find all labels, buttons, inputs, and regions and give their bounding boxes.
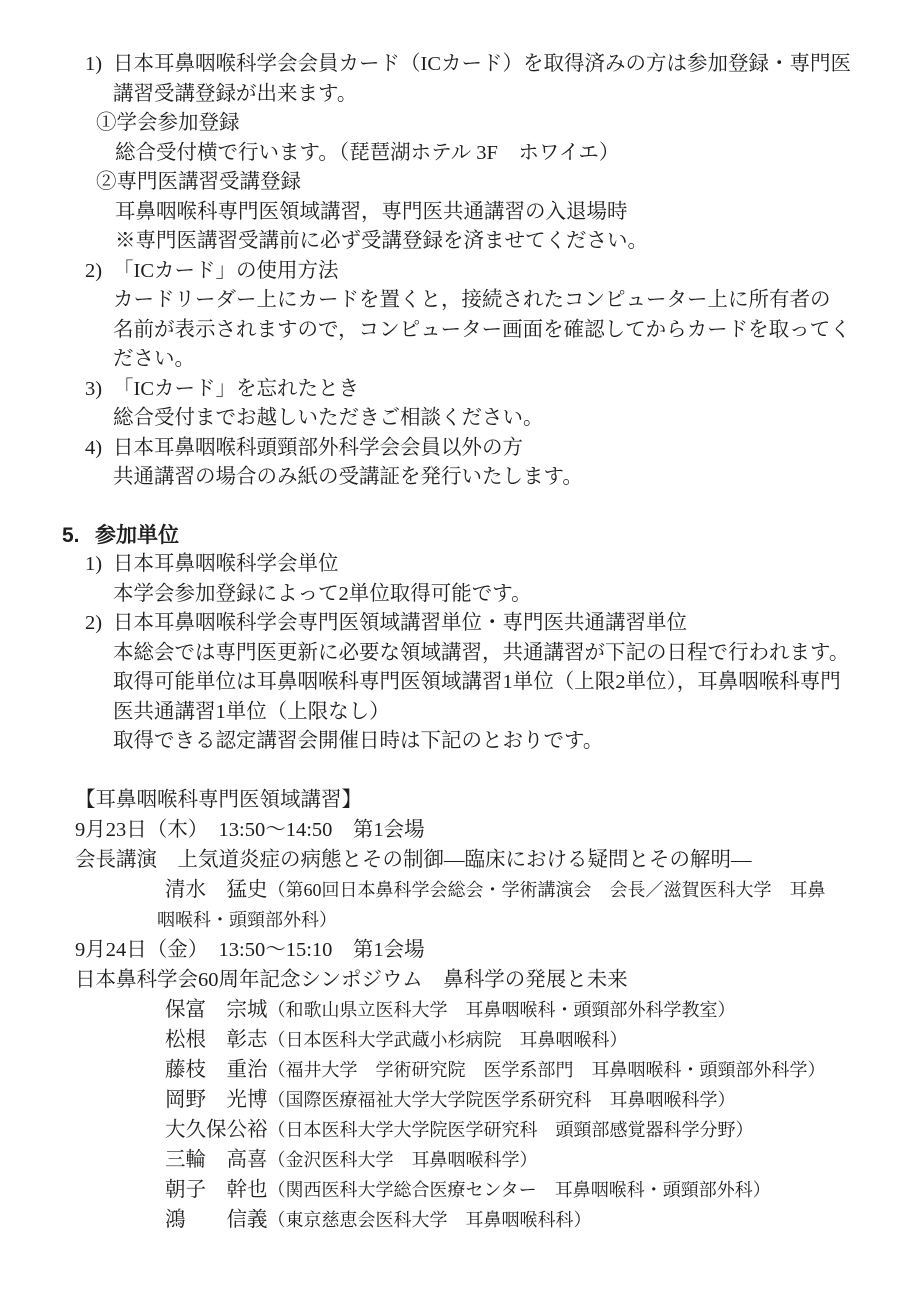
section-gap [0,757,900,785]
speaker-name: 三輪 高喜 [165,1149,268,1171]
numbered-item-line: 1)日本耳鼻咽喉科学会会員カード（ICカード）を取得済みの方は参加登録・専門医 [85,50,900,80]
section-gap [0,493,900,521]
line-text: ださい。 [113,348,195,370]
line-text: 日本耳鼻咽喉科学会専門医領域講習単位・専門医共通講習単位 [113,612,687,634]
line-text: ①学会参加登録 [96,112,240,134]
speaker-line: 三輪 高喜（金沢医科大学 耳鼻咽喉科学） [165,1145,900,1175]
text-line: 咽喉科・頭頸部外科） [157,905,900,935]
line-text: カードリーダー上にカードを置くと，接続されたコンピューター上に所有者の [113,289,831,311]
speaker-affiliation: （第60回日本鼻科学会総会・学術講演会 会長／滋賀医科大学 耳鼻 [268,880,826,900]
speaker-affiliation: （日本医科大学武蔵小杉病院 耳鼻咽喉科） [268,1030,628,1050]
line-text: 共通講習の場合のみ紙の受講証を発行いたします。 [113,466,583,488]
speaker-name: 朝子 幹也 [165,1179,268,1201]
speaker-affiliation: （金沢医科大学 耳鼻咽喉科学） [268,1150,538,1170]
text-line: ②専門医講習受講登録 [96,168,900,198]
speaker-affiliation: （福井大学 学術研究院 医学系部門 耳鼻咽喉科・頭頸部外科学） [268,1060,826,1080]
speaker-name: 松根 彰志 [165,1029,268,1051]
speaker-line: 松根 彰志（日本医科大学武蔵小杉病院 耳鼻咽喉科） [165,1025,900,1055]
line-text: 日本耳鼻咽喉科学会単位 [113,553,339,575]
line-text: 「ICカード」を忘れたとき [113,378,359,400]
text-line: ※専門医講習受講前に必ず受講登録を済ませてください。 [115,227,900,257]
speaker-affiliation: （関西医科大学総合医療センター 耳鼻咽喉科・頭頸部外科） [268,1180,771,1200]
speaker-line: 清水 猛史（第60回日本鼻科学会総会・学術講演会 会長／滋賀医科大学 耳鼻 [165,875,900,905]
line-text: 医共通講習1単位（上限なし） [113,701,390,723]
speaker-affiliation: （日本医科大学大学院医学研究科 頭頸部感覚器科学分野） [268,1120,754,1140]
numbered-item-line: 3)「ICカード」を忘れたとき [85,375,900,405]
numbered-item-line: 2)「ICカード」の使用方法 [85,257,900,287]
text-line: 本学会参加登録によって2単位取得可能です。 [113,580,900,610]
line-text: 総合受付横で行います。（琵琶湖ホテル 3F ホワイエ） [115,142,619,164]
line-text: ※専門医講習受講前に必ず受講登録を済ませてください。 [115,230,648,252]
line-text: 咽喉科・頭頸部外科） [157,910,337,930]
line-text: 9月24日（金） 13:50～15:10 第1会場 [75,939,425,961]
speaker-line: 鴻 信義（東京慈恵会医科大学 耳鼻咽喉科科） [165,1205,900,1235]
line-text: 9月23日（木） 13:50～14:50 第1会場 [75,819,425,841]
speaker-name: 保富 宗城 [165,999,268,1021]
speaker-name: 清水 猛史 [165,879,268,901]
speaker-line: 大久保公裕（日本医科大学大学院医学研究科 頭頸部感覚器科学分野） [165,1115,900,1145]
line-text: 本学会参加登録によって2単位取得可能です。 [113,583,532,605]
text-line: カードリーダー上にカードを置くと，接続されたコンピューター上に所有者の [113,286,900,316]
list-marker: 2) [85,609,113,639]
speaker-line: 保富 宗城（和歌山県立医科大学 耳鼻咽喉科・頭頸部外科学教室） [165,995,900,1025]
text-line: 共通講習の場合のみ紙の受講証を発行いたします。 [113,463,900,493]
document-page: 1)日本耳鼻咽喉科学会会員カード（ICカード）を取得済みの方は参加登録・専門医講… [0,0,900,1300]
line-text: 耳鼻咽喉科専門医領域講習，専門医共通講習の入退場時 [115,201,628,223]
speaker-name: 岡野 光博 [165,1089,268,1111]
numbered-item-line: 4)日本耳鼻咽喉科頭頸部外科学会会員以外の方 [85,434,900,464]
document-body: 1)日本耳鼻咽喉科学会会員カード（ICカード）を取得済みの方は参加登録・専門医講… [0,50,900,1235]
text-line: 講習受講登録が出来ます。 [113,80,900,110]
speaker-affiliation: （東京慈恵会医科大学 耳鼻咽喉科科） [268,1210,592,1230]
line-text: 本総会では専門医更新に必要な領域講習，共通講習が下記の日程で行われます。 [113,642,849,664]
line-text: 総合受付までお越しいただきご相談ください。 [113,407,544,429]
speaker-affiliation: （国際医療福祉大学大学院医学系研究科 耳鼻咽喉科学） [268,1090,736,1110]
list-marker: 1) [85,550,113,580]
text-line: 取得可能単位は耳鼻咽喉科専門医領域講習1単位（上限2単位），耳鼻咽喉科専門 [113,668,900,698]
text-line: 医共通講習1単位（上限なし） [113,698,900,728]
speaker-line: 朝子 幹也（関西医科大学総合医療センター 耳鼻咽喉科・頭頸部外科） [165,1175,900,1205]
list-marker: 2) [85,257,113,287]
text-line: 耳鼻咽喉科専門医領域講習，専門医共通講習の入退場時 [115,198,900,228]
line-text: 参加単位 [95,524,179,547]
text-line: 9月24日（金） 13:50～15:10 第1会場 [75,935,900,965]
speaker-line: 藤枝 重治（福井大学 学術研究院 医学系部門 耳鼻咽喉科・頭頸部外科学） [165,1055,900,1085]
line-text: 日本耳鼻咽喉科頭頸部外科学会会員以外の方 [113,437,523,459]
text-line: 【耳鼻咽喉科専門医領域講習】 [75,785,900,815]
speaker-name: 鴻 信義 [165,1209,268,1231]
text-line: 総合受付までお越しいただきご相談ください。 [113,404,900,434]
line-text: 【耳鼻咽喉科専門医領域講習】 [75,789,362,811]
numbered-item-line: 1)日本耳鼻咽喉科学会単位 [85,550,900,580]
text-line: 名前が表示されますので，コンピューター画面を確認してからカードを取ってく [113,316,900,346]
line-text: 講習受講登録が出来ます。 [113,83,357,105]
speaker-name: 大久保公裕 [165,1119,268,1141]
list-marker: 4) [85,434,113,464]
text-line: 取得できる認定講習会開催日時は下記のとおりです。 [113,727,900,757]
section-heading: 5.参加単位 [62,521,900,551]
line-text: 日本耳鼻咽喉科学会会員カード（ICカード）を取得済みの方は参加登録・専門医 [113,53,851,75]
line-text: 名前が表示されますので，コンピューター画面を確認してからカードを取ってく [113,319,851,341]
numbered-item-line: 2)日本耳鼻咽喉科学会専門医領域講習単位・専門医共通講習単位 [85,609,900,639]
line-text: 取得できる認定講習会開催日時は下記のとおりです。 [113,730,603,752]
speaker-name: 藤枝 重治 [165,1059,268,1081]
text-line: 日本鼻科学会60周年記念シンポジウム 鼻科学の発展と未来 [75,965,900,995]
line-text: ②専門医講習受講登録 [96,171,301,193]
text-line: 9月23日（木） 13:50～14:50 第1会場 [75,815,900,845]
speaker-line: 岡野 光博（国際医療福祉大学大学院医学系研究科 耳鼻咽喉科学） [165,1085,900,1115]
list-marker: 3) [85,375,113,405]
line-text: 会長講演 上気道炎症の病態とその制御―臨床における疑問とその解明― [75,849,752,871]
text-line: 総合受付横で行います。（琵琶湖ホテル 3F ホワイエ） [115,139,900,169]
line-text: 日本鼻科学会60周年記念シンポジウム 鼻科学の発展と未来 [75,969,628,991]
text-line: 会長講演 上気道炎症の病態とその制御―臨床における疑問とその解明― [75,845,900,875]
speaker-affiliation: （和歌山県立医科大学 耳鼻咽喉科・頭頸部外科学教室） [268,1000,736,1020]
text-line: ださい。 [113,345,900,375]
text-line: ①学会参加登録 [96,109,900,139]
line-text: 「ICカード」の使用方法 [113,260,339,282]
text-line: 本総会では専門医更新に必要な領域講習，共通講習が下記の日程で行われます。 [113,639,900,669]
list-marker: 1) [85,50,113,80]
list-marker: 5. [62,521,95,551]
line-text: 取得可能単位は耳鼻咽喉科専門医領域講習1単位（上限2単位），耳鼻咽喉科専門 [113,671,841,693]
